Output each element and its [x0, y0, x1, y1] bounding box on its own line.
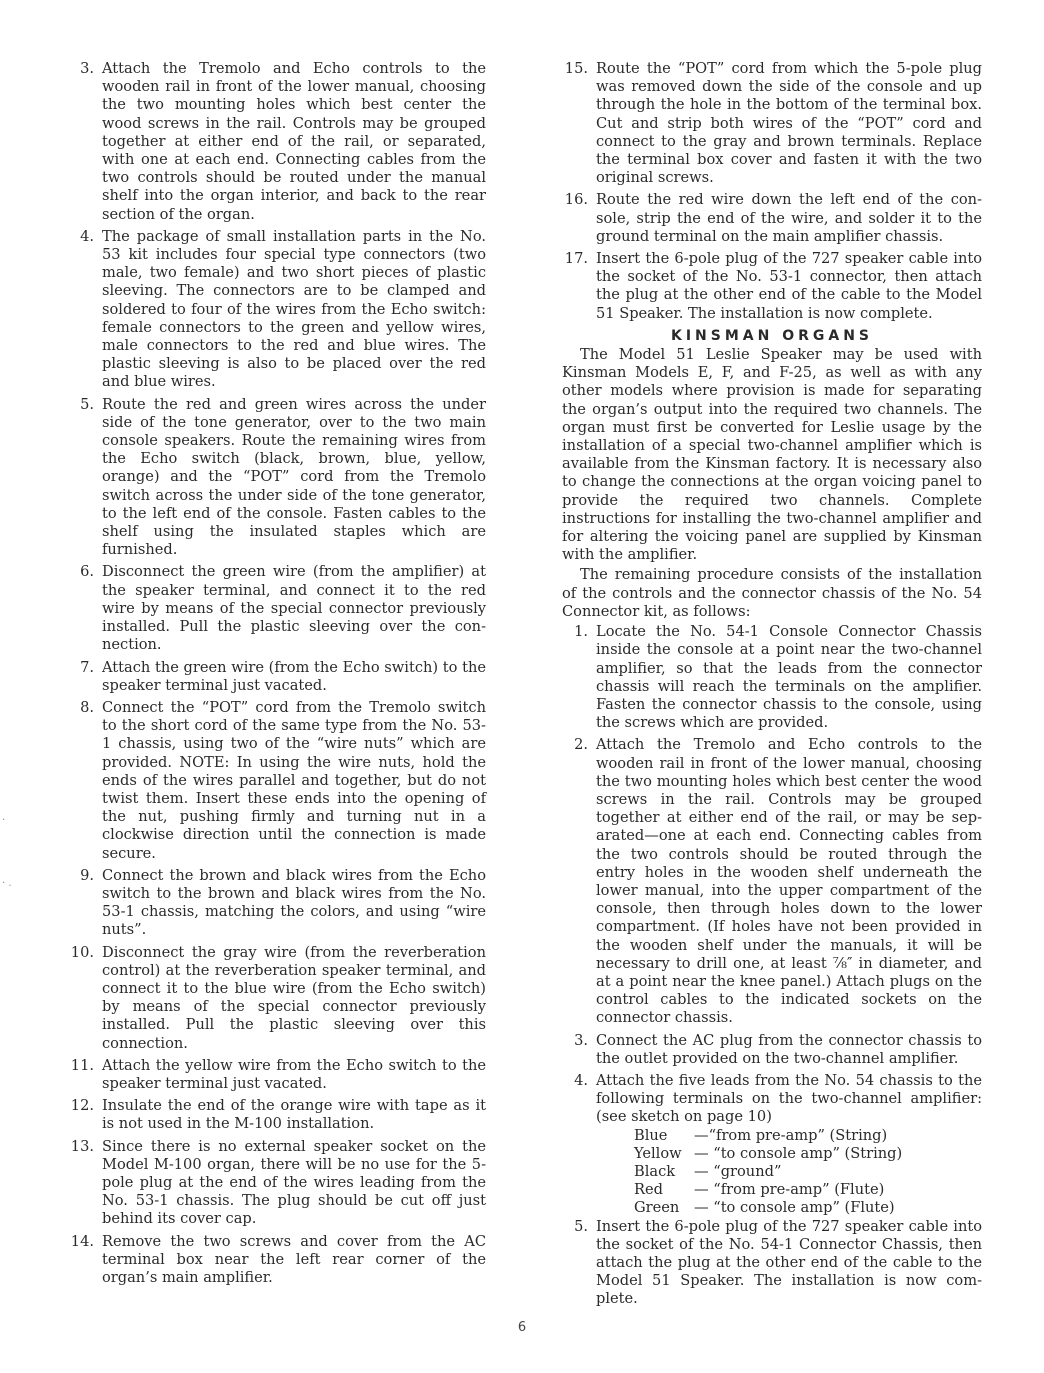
- item-text: Attach the green wire (from the Echo swi…: [102, 659, 486, 695]
- lead-row: Green— “to console amp” (Flute): [634, 1199, 982, 1217]
- list-item: 8.Connect the “POT” cord from the Tremol…: [68, 699, 486, 863]
- list-item: 4.The package of small installation part…: [68, 228, 486, 392]
- list-item: 12.Insulate the end of the orange wire w…: [68, 1097, 486, 1133]
- margin-speck: ·: [2, 815, 5, 826]
- list-item: 11.Attach the yellow wire from the Echo …: [68, 1057, 486, 1093]
- item-number: 4.: [562, 1072, 588, 1090]
- item-text: Route the red and green wires across the…: [102, 396, 486, 560]
- lead-color: Red: [634, 1181, 694, 1199]
- item-number: 5.: [562, 1218, 588, 1236]
- list-item: 15.Route the “POT” cord from which the 5…: [562, 60, 982, 187]
- list-item: 4.Attach the five leads from the No. 54 …: [562, 1072, 982, 1127]
- item-number: 10.: [68, 944, 94, 962]
- left-column: 3.Attach the Tremolo and Echo controls t…: [68, 60, 486, 1291]
- list-item: 17.Insert the 6-pole plug of the 727 spe…: [562, 250, 982, 323]
- item-text: Insulate the end of the orange wire with…: [102, 1097, 486, 1133]
- item-number: 7.: [68, 659, 94, 677]
- lead-terminal: — “to console amp” (String): [694, 1145, 902, 1163]
- list-item: 14.Remove the two screws and cover from …: [68, 1233, 486, 1288]
- item-number: 11.: [68, 1057, 94, 1075]
- item-number: 6.: [68, 563, 94, 581]
- list-item: 13.Since there is no external speaker so…: [68, 1138, 486, 1229]
- list-item: 6.Disconnect the green wire (from the am…: [68, 563, 486, 654]
- list-item: 16.Route the red wire down the left end …: [562, 191, 982, 246]
- item-text: The package of small installation parts …: [102, 228, 486, 392]
- lead-color: Yellow: [634, 1145, 694, 1163]
- list-item: 2.Attach the Tremolo and Echo controls t…: [562, 736, 982, 1027]
- item-text: Connect the brown and black wires from t…: [102, 867, 486, 940]
- lead-row: Red— “from pre-amp” (Flute): [634, 1181, 982, 1199]
- list-item: 1.Locate the No. 54-1 Console Connector …: [562, 623, 982, 732]
- lead-terminal: — “to console amp” (Flute): [694, 1199, 895, 1217]
- section-heading: KINSMAN ORGANS: [562, 327, 982, 345]
- list-item: 3.Connect the AC plug from the connector…: [562, 1032, 982, 1068]
- lead-terminal: —“from pre-amp” (String): [694, 1127, 887, 1145]
- lead-terminal: — “from pre-amp” (Flute): [694, 1181, 884, 1199]
- lead-color: Blue: [634, 1127, 694, 1145]
- list-item: 3.Attach the Tremolo and Echo controls t…: [68, 60, 486, 224]
- item-text: Disconnect the gray wire (from the rever…: [102, 944, 486, 1053]
- lead-row: Black— “ground”: [634, 1163, 982, 1181]
- item-number: 17.: [562, 250, 588, 268]
- item-number: 16.: [562, 191, 588, 209]
- item-text: Locate the No. 54-1 Console Connector Ch…: [596, 623, 982, 732]
- list-item: 7.Attach the green wire (from the Echo s…: [68, 659, 486, 695]
- item-number: 3.: [68, 60, 94, 78]
- lead-terminal-list: Blue—“from pre-amp” (String) Yellow— “to…: [562, 1127, 982, 1218]
- item-number: 9.: [68, 867, 94, 885]
- item-text: Insert the 6-pole plug of the 727 speake…: [596, 250, 982, 323]
- lead-color: Black: [634, 1163, 694, 1181]
- item-number: 13.: [68, 1138, 94, 1156]
- item-text: Since there is no external speaker socke…: [102, 1138, 486, 1229]
- paragraph: The remaining procedure consists of the …: [562, 566, 982, 621]
- lead-row: Yellow— “to console amp” (String): [634, 1145, 982, 1163]
- item-number: 2.: [562, 736, 588, 754]
- list-item: 5.Insert the 6-pole plug of the 727 spea…: [562, 1218, 982, 1309]
- item-text: Connect the “POT” cord from the Tremolo …: [102, 699, 486, 863]
- item-text: Attach the Tremolo and Echo controls to …: [102, 60, 486, 224]
- item-number: 4.: [68, 228, 94, 246]
- page-number: 6: [0, 1320, 1044, 1335]
- list-item: 9.Connect the brown and black wires from…: [68, 867, 486, 940]
- item-text: Attach the Tremolo and Echo controls to …: [596, 736, 982, 1027]
- item-text: Route the “POT” cord from which the 5-po…: [596, 60, 982, 187]
- item-number: 3.: [562, 1032, 588, 1050]
- item-number: 14.: [68, 1233, 94, 1251]
- item-text: Connect the AC plug from the connector c…: [596, 1032, 982, 1068]
- lead-color: Green: [634, 1199, 694, 1217]
- list-item: 5.Route the red and green wires across t…: [68, 396, 486, 560]
- item-text: Disconnect the green wire (from the ampl…: [102, 563, 486, 654]
- paragraph: The Model 51 Leslie Speaker may be used …: [562, 346, 982, 564]
- item-number: 12.: [68, 1097, 94, 1115]
- item-text: Route the red wire down the left end of …: [596, 191, 982, 246]
- item-text: Attach the five leads from the No. 54 ch…: [596, 1072, 982, 1127]
- item-text: Remove the two screws and cover from the…: [102, 1233, 486, 1288]
- item-number: 5.: [68, 396, 94, 414]
- item-number: 1.: [562, 623, 588, 641]
- lead-terminal: — “ground”: [694, 1163, 781, 1181]
- lead-row: Blue—“from pre-amp” (String): [634, 1127, 982, 1145]
- item-text: Insert the 6-pole plug of the 727 speake…: [596, 1218, 982, 1309]
- item-text: Attach the yellow wire from the Echo swi…: [102, 1057, 486, 1093]
- margin-speck: · .: [2, 878, 12, 889]
- item-number: 15.: [562, 60, 588, 78]
- right-column: 15.Route the “POT” cord from which the 5…: [562, 60, 982, 1313]
- item-number: 8.: [68, 699, 94, 717]
- list-item: 10.Disconnect the gray wire (from the re…: [68, 944, 486, 1053]
